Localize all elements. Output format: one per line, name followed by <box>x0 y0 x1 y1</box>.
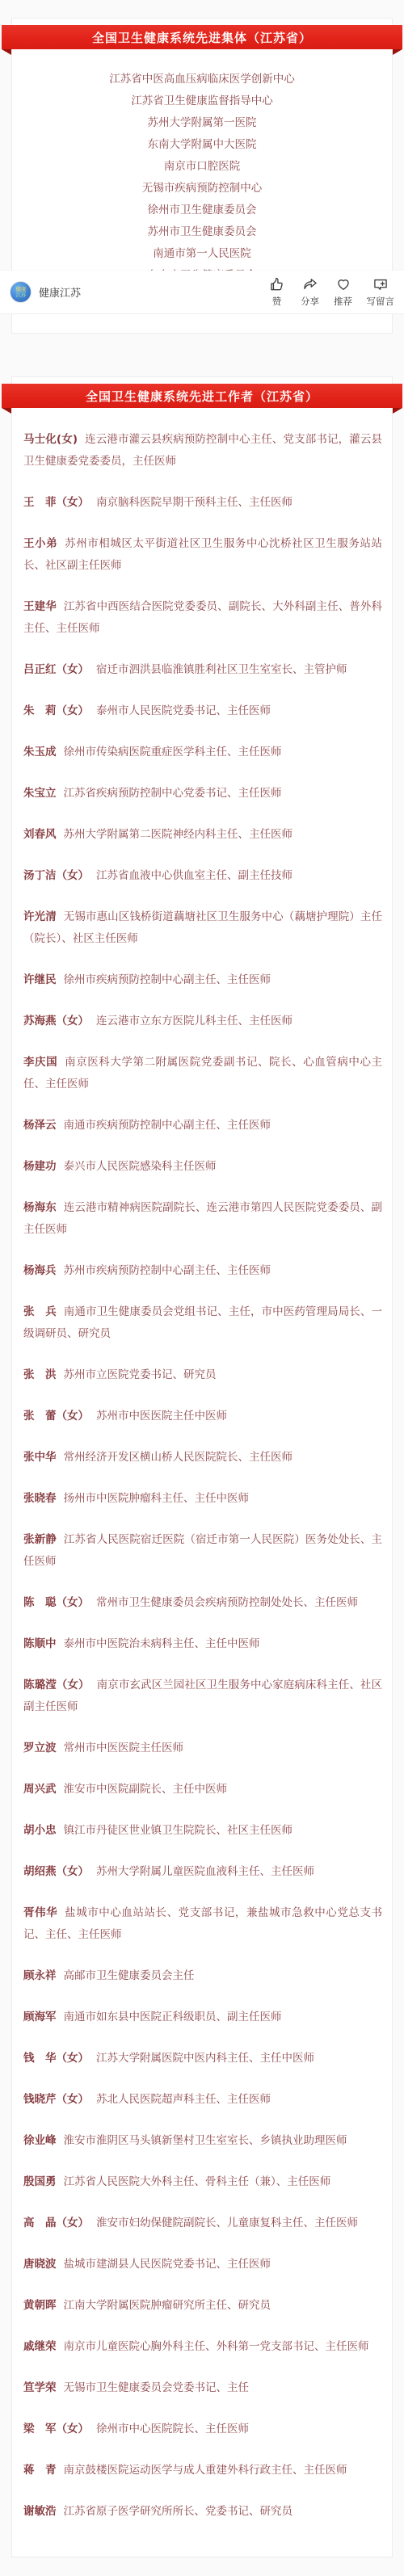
worker-name: 谢敏浩 <box>23 2505 57 2518</box>
worker-description: 江南大学附属医院肿瘤研究所主任、研究员 <box>64 2299 271 2312</box>
worker-description: 徐州市传染病医院重症医学科主任、主任医师 <box>64 746 282 759</box>
worker-name: 许继民 <box>23 973 57 986</box>
worker-description: 苏州大学附属儿童医院血液科主任、主任医师 <box>96 1865 314 1878</box>
worker-name: 钱晓芹（女） <box>23 2093 89 2106</box>
worker-description: 苏州市立医院党委书记、研究员 <box>64 1368 217 1381</box>
worker-description: 苏州市疾病预防控制中心副主任、主任医师 <box>64 1264 271 1277</box>
worker-name: 李庆国 <box>23 1056 57 1069</box>
account-avatar[interactable]: 健康 江苏 <box>10 281 32 303</box>
worker-entry: 高 晶（女）淮安市妇幼保健院副院长、儿童康复科主任、主任医师 <box>23 2213 382 2234</box>
share-button[interactable]: 分享 <box>301 276 320 308</box>
worker-entry: 杨海兵苏州市疾病预防控制中心副主任、主任医师 <box>23 1260 382 1282</box>
collective-item: 南京市口腔医院 <box>20 156 384 178</box>
collective-item: 江苏省卫生健康监督指导中心 <box>20 90 384 112</box>
worker-name: 周兴武 <box>23 1783 57 1796</box>
worker-description: 宿迁市泗洪县临淮镇胜利社区卫生室室长、主管护师 <box>96 663 347 676</box>
worker-description: 苏北人民医院超声科主任、主任医师 <box>96 2093 271 2106</box>
worker-name: 唐晓波 <box>23 2258 57 2271</box>
worker-entry: 张 兵南通市卫生健康委员会党组书记、主任，市中医药管理局局长、一级调研员、研究员 <box>23 1301 382 1345</box>
worker-entry: 顾海军南通市如东县中医院正科级职员、副主任医师 <box>23 2007 382 2028</box>
worker-name: 杨海东 <box>23 1201 57 1214</box>
worker-name: 张 兵 <box>23 1305 57 1318</box>
worker-entry: 罗立波常州市中医医院主任医师 <box>23 1738 382 1759</box>
thumbs-up-icon <box>269 276 285 292</box>
worker-name: 殷国勇 <box>23 2175 57 2188</box>
worker-description: 苏州大学附属第二医院神经内科主任、主任医师 <box>64 828 293 841</box>
worker-description: 江苏省血液中心供血室主任、副主任技师 <box>96 869 292 882</box>
worker-entry: 许继民徐州市疾病预防控制中心副主任、主任医师 <box>23 969 382 991</box>
worker-entry: 汤丁洁（女）江苏省血液中心供血室主任、副主任技师 <box>23 865 382 887</box>
worker-name: 蒋 青 <box>23 2464 57 2477</box>
worker-description: 泰州市中医院治未病科主任、主任中医师 <box>64 1637 260 1650</box>
worker-name: 刘春风 <box>23 828 57 841</box>
recommend-label: 推荐 <box>334 295 352 308</box>
worker-description: 江苏省中西医结合医院党委委员、副院长、大外科副主任、普外科主任、主任医师 <box>23 600 382 635</box>
worker-description: 常州市中医医院主任医师 <box>64 1742 184 1754</box>
worker-description: 江苏省疾病预防控制中心党委书记、主任医师 <box>64 787 282 800</box>
worker-entry: 黄朝晖江南大学附属医院肿瘤研究所主任、研究员 <box>23 2295 382 2317</box>
collective-ribbon: 全国卫生健康系统先进集体（江苏省） <box>2 25 402 49</box>
collective-item: 苏州市卫生健康委员会 <box>20 221 384 243</box>
account-name: 健康江苏 <box>39 284 81 300</box>
worker-entry: 陈顺中泰州市中医院治未病科主任、主任中医师 <box>23 1633 382 1655</box>
worker-name: 汤丁洁（女） <box>23 869 89 882</box>
worker-name: 吕正红（女） <box>23 663 89 676</box>
worker-name: 朱 莉（女） <box>23 704 89 717</box>
worker-description: 盐城市建湖县人民医院党委书记、主任医师 <box>64 2258 271 2271</box>
worker-entry: 李庆国南京医科大学第二附属医院党委副书记、院长、心血管病中心主任、主任医师 <box>23 1052 382 1095</box>
collective-item: 东南大学附属中大医院 <box>20 134 384 156</box>
worker-name: 顾海军 <box>23 2011 57 2023</box>
worker-entry: 张中华常州经济开发区横山桥人民医院院长、主任医师 <box>23 1447 382 1469</box>
worker-name: 杨海兵 <box>23 1264 57 1277</box>
worker-entry: 徐业峰淮安市淮阴区马头镇新堡村卫生室室长、乡镇执业助理医师 <box>23 2130 382 2152</box>
worker-description: 扬州市中医院肿瘤科主任、主任中医师 <box>64 1492 250 1505</box>
worker-entry: 吕正红（女）宿迁市泗洪县临淮镇胜利社区卫生室室长、主管护师 <box>23 659 382 681</box>
worker-description: 常州市卫生健康委员会疾病预防控制处处长、主任医师 <box>96 1596 358 1609</box>
worker-entry: 胡小忠镇江市丹徒区世业镇卫生院院长、社区主任医师 <box>23 1820 382 1842</box>
account-block[interactable]: 健康 江苏 健康江苏 <box>10 281 267 303</box>
worker-entry: 马士化(女)连云港市灌云县疾病预防控制中心主任、党支部书记，灌云县卫生健康委党委… <box>23 429 382 473</box>
worker-name: 张新静 <box>23 1533 57 1546</box>
worker-name: 朱宝立 <box>23 787 57 800</box>
worker-entry: 刘春风苏州大学附属第二医院神经内科主任、主任医师 <box>23 824 382 846</box>
article-toolbar: 健康 江苏 健康江苏 赞 分享 <box>0 271 404 314</box>
collective-item: 南通市第一人民医院 <box>20 243 384 265</box>
worker-description: 江苏大学附属医院中医内科主任、主任中医师 <box>96 2052 314 2065</box>
worker-name: 张晓春 <box>23 1492 57 1505</box>
article-page: 全国卫生健康系统先进集体（江苏省） 江苏省中医高血压病临床医学创新中心 江苏省卫… <box>0 0 404 2576</box>
share-icon <box>302 276 318 292</box>
worker-entry: 许光清无锡市惠山区钱桥街道藕塘社区卫生服务中心（藕塘护理院）主任（院长）、社区主… <box>23 906 382 950</box>
worker-name: 徐业峰 <box>23 2134 57 2147</box>
worker-description: 连云港市精神病医院副院长、连云港市第四人民医院党委委员、副主任医师 <box>23 1201 382 1236</box>
worker-entry: 张 蕾（女）苏州市中医医院主任中医师 <box>23 1406 382 1427</box>
worker-description: 江苏省人民医院大外科主任、骨科主任（兼）、主任医师 <box>64 2175 331 2188</box>
worker-description: 江苏省人民医院宿迁医院（宿迁市第一人民医院）医务处处长、主任医师 <box>23 1533 382 1568</box>
worker-name: 梁 军（女） <box>23 2423 89 2435</box>
worker-name: 黄朝晖 <box>23 2299 57 2312</box>
worker-entry: 梁 军（女）徐州市中心医院院长、主任医师 <box>23 2418 382 2440</box>
worker-description: 南京市儿童医院心胸外科主任、外科第一党支部书记、主任医师 <box>64 2340 369 2353</box>
workers-ribbon: 全国卫生健康系统先进工作者（江苏省） <box>2 384 402 408</box>
worker-name: 陈顺中 <box>23 1637 57 1650</box>
worker-entry: 陈璐滢（女）南京市玄武区兰园社区卫生服务中心家庭病床科主任、社区副主任医师 <box>23 1675 382 1718</box>
worker-entry: 殷国勇江苏省人民医院大外科主任、骨科主任（兼）、主任医师 <box>23 2171 382 2193</box>
worker-name: 王 菲（女） <box>23 496 89 509</box>
worker-description: 淮安市中医院副院长、主任中医师 <box>64 1783 228 1796</box>
worker-entry: 陈 聪（女）常州市卫生健康委员会疾病预防控制处处长、主任医师 <box>23 1592 382 1614</box>
worker-entry: 王建华江苏省中西医结合医院党委委员、副院长、大外科副主任、普外科主任、主任医师 <box>23 596 382 640</box>
worker-entry: 张新静江苏省人民医院宿迁医院（宿迁市第一人民医院）医务处处长、主任医师 <box>23 1529 382 1573</box>
worker-name: 钱 华（女） <box>23 2052 89 2065</box>
worker-name: 马士化(女) <box>23 433 78 446</box>
worker-name: 笪学荣 <box>23 2381 57 2394</box>
worker-name: 杨泽云 <box>23 1119 57 1132</box>
worker-description: 南通市疾病预防控制中心副主任、主任医师 <box>64 1119 271 1132</box>
worker-description: 淮安市妇幼保健院副院长、儿童康复科主任、主任医师 <box>96 2217 358 2229</box>
worker-description: 南京鼓楼医院运动医学与成人重建外科行政主任、主任医师 <box>64 2464 347 2477</box>
worker-entry: 杨建功泰兴市人民医院感染科主任医师 <box>23 1156 382 1178</box>
worker-description: 徐州市中心医院院长、主任医师 <box>96 2423 249 2435</box>
worker-description: 高邮市卫生健康委员会主任 <box>64 1969 195 1982</box>
collective-item: 苏州大学附属第一医院 <box>20 112 384 134</box>
worker-entry: 胡绍燕（女）苏州大学附属儿童医院血液科主任、主任医师 <box>23 1861 382 1883</box>
worker-name: 王建华 <box>23 600 57 613</box>
worker-description: 连云港市立东方医院儿科主任、主任医师 <box>96 1015 292 1027</box>
worker-name: 张 洪 <box>23 1368 57 1381</box>
worker-description: 泰兴市人民医院感染科主任医师 <box>64 1160 217 1173</box>
worker-name: 许光清 <box>23 910 57 923</box>
worker-entry: 苏海燕（女）连云港市立东方医院儿科主任、主任医师 <box>23 1011 382 1032</box>
worker-description: 镇江市丹徒区世业镇卫生院院长、社区主任医师 <box>64 1824 293 1837</box>
worker-entry: 蒋 青南京鼓楼医院运动医学与成人重建外科行政主任、主任医师 <box>23 2460 382 2481</box>
worker-entry: 张晓春扬州市中医院肿瘤科主任、主任中医师 <box>23 1488 382 1510</box>
worker-name: 胥伟华 <box>23 1906 57 1919</box>
worker-name: 胡绍燕（女） <box>23 1865 89 1878</box>
worker-name: 王小弟 <box>23 537 57 550</box>
worker-description: 南京医科大学第二附属医院党委副书记、院长、心血管病中心主任、主任医师 <box>23 1056 382 1090</box>
worker-entry: 朱宝立江苏省疾病预防控制中心党委书记、主任医师 <box>23 783 382 805</box>
worker-name: 陈璐滢（女） <box>23 1679 90 1691</box>
like-button[interactable]: 赞 <box>267 276 287 308</box>
heart-icon <box>335 276 351 292</box>
worker-entry: 戚继荣南京市儿童医院心胸外科主任、外科第一党支部书记、主任医师 <box>23 2336 382 2358</box>
worker-description: 苏州市中医医院主任中医师 <box>96 1410 227 1422</box>
worker-description: 无锡市卫生健康委员会党委书记、主任 <box>64 2381 250 2394</box>
worker-entry: 谢敏浩江苏省原子医学研究所所长、党委书记、研究员 <box>23 2501 382 2523</box>
workers-card: 全国卫生健康系统先进工作者（江苏省） 马士化(女)连云港市灌云县疾病预防控制中心… <box>11 376 393 2557</box>
worker-name: 罗立波 <box>23 1742 57 1754</box>
worker-name: 胡小忠 <box>23 1824 57 1837</box>
worker-name: 高 晶（女） <box>23 2217 89 2229</box>
worker-description: 南通市卫生健康委员会党组书记、主任，市中医药管理局局长、一级调研员、研究员 <box>23 1305 382 1340</box>
comment-button[interactable]: 写留言 <box>367 276 395 308</box>
worker-description: 徐州市疾病预防控制中心副主任、主任医师 <box>64 973 271 986</box>
avatar-text-bottom: 江苏 <box>15 292 26 297</box>
worker-entry: 朱 莉（女）泰州市人民医院党委书记、主任医师 <box>23 700 382 722</box>
worker-description: 南通市如东县中医院正科级职员、副主任医师 <box>64 2011 282 2023</box>
worker-name: 朱玉成 <box>23 746 57 759</box>
worker-entry: 钱晓芹（女）苏北人民医院超声科主任、主任医师 <box>23 2089 382 2111</box>
collective-list: 江苏省中医高血压病临床医学创新中心 江苏省卫生健康监督指导中心 苏州大学附属第一… <box>12 49 392 287</box>
workers-list: 马士化(女)连云港市灌云县疾病预防控制中心主任、党支部书记，灌云县卫生健康委党委… <box>12 408 392 2523</box>
avatar-text-top: 健康 <box>15 287 26 292</box>
workers-title: 全国卫生健康系统先进工作者（江苏省） <box>86 388 318 405</box>
worker-entry: 笪学荣无锡市卫生健康委员会党委书记、主任 <box>23 2377 382 2399</box>
comment-plus-icon <box>372 276 389 292</box>
worker-entry: 唐晓波盐城市建湖县人民医院党委书记、主任医师 <box>23 2254 382 2276</box>
worker-description: 常州经济开发区横山桥人民医院院长、主任医师 <box>64 1451 293 1464</box>
worker-entry: 王小弟苏州市相城区太平街道社区卫生服务中心沈桥社区卫生服务站站长、社区副主任医师 <box>23 533 382 577</box>
worker-description: 淮安市淮阴区马头镇新堡村卫生室室长、乡镇执业助理医师 <box>64 2134 347 2147</box>
action-bar: 赞 分享 推荐 写留言 <box>267 276 395 308</box>
worker-description: 无锡市惠山区钱桥街道藕塘社区卫生服务中心（藕塘护理院）主任（院长）、社区主任医师 <box>23 910 382 945</box>
worker-description: 泰州市人民医院党委书记、主任医师 <box>96 704 271 717</box>
worker-entry: 胥伟华盐城市中心血站站长、党支部书记，兼盐城市急救中心党总支书记、主任、主任医师 <box>23 1902 382 1946</box>
worker-entry: 杨海东连云港市精神病医院副院长、连云港市第四人民医院党委委员、副主任医师 <box>23 1197 382 1241</box>
worker-name: 戚继荣 <box>23 2340 57 2353</box>
worker-entry: 朱玉成徐州市传染病医院重症医学科主任、主任医师 <box>23 742 382 763</box>
worker-name: 张 蕾（女） <box>23 1410 89 1422</box>
worker-entry: 钱 华（女）江苏大学附属医院中医内科主任、主任中医师 <box>23 2048 382 2070</box>
worker-entry: 顾永祥高邮市卫生健康委员会主任 <box>23 1965 382 1987</box>
collective-title: 全国卫生健康系统先进集体（江苏省） <box>92 29 312 46</box>
worker-entry: 王 菲（女）南京脑科医院早期干预科主任、主任医师 <box>23 492 382 514</box>
worker-name: 陈 聪（女） <box>23 1596 89 1609</box>
share-label: 分享 <box>301 295 319 308</box>
worker-description: 南京脑科医院早期干预科主任、主任医师 <box>96 496 292 509</box>
worker-name: 顾永祥 <box>23 1969 57 1982</box>
worker-description: 盐城市中心血站站长、党支部书记，兼盐城市急救中心党总支书记、主任、主任医师 <box>23 1906 382 1941</box>
collective-item: 江苏省中医高血压病临床医学创新中心 <box>20 69 384 90</box>
like-label: 赞 <box>272 295 282 308</box>
worker-name: 苏海燕（女） <box>23 1015 89 1027</box>
worker-name: 杨建功 <box>23 1160 57 1173</box>
worker-entry: 张 洪苏州市立医院党委书记、研究员 <box>23 1364 382 1386</box>
worker-description: 江苏省原子医学研究所所长、党委书记、研究员 <box>64 2505 293 2518</box>
worker-entry: 周兴武淮安市中医院副院长、主任中医师 <box>23 1779 382 1801</box>
worker-entry: 杨泽云南通市疾病预防控制中心副主任、主任医师 <box>23 1115 382 1137</box>
collective-item: 徐州市卫生健康委员会 <box>20 200 384 221</box>
comment-label: 写留言 <box>367 295 395 308</box>
worker-name: 张中华 <box>23 1451 57 1464</box>
worker-description: 苏州市相城区太平街道社区卫生服务中心沈桥社区卫生服务站站长、社区副主任医师 <box>23 537 382 572</box>
recommend-button[interactable]: 推荐 <box>334 276 353 308</box>
collective-item: 无锡市疾病预防控制中心 <box>20 178 384 200</box>
